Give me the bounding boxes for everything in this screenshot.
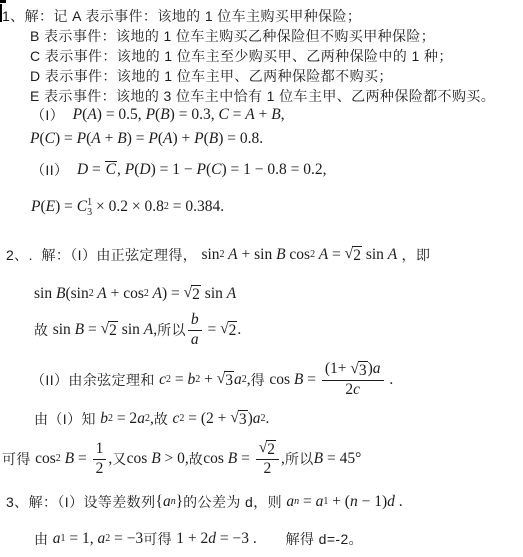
document-line: P(C) = P(A + B) = P(A) + P(B) = 0.8. bbox=[30, 127, 263, 151]
math-run: P(A) = 0.5, P(B) = 0.3, C = A + B, bbox=[73, 106, 285, 124]
math-token: = bbox=[303, 371, 320, 389]
math-run: cos B = (1+ √3)a2c . bbox=[269, 360, 393, 399]
math-token: A bbox=[315, 246, 328, 264]
math-token: A bbox=[227, 285, 236, 303]
math-token: B bbox=[160, 106, 169, 124]
math-token: = 1, bbox=[65, 530, 97, 548]
text-run: 故 bbox=[34, 320, 53, 340]
text-run: 又 bbox=[112, 449, 126, 469]
text-run: D 表示事件：该地的 1 位车主甲、乙两种保险都不购买； bbox=[30, 66, 393, 86]
math-token: + ( bbox=[328, 493, 350, 511]
math-token: 2 bbox=[345, 381, 353, 398]
text-run: ，即 bbox=[397, 245, 430, 265]
math-token: A bbox=[87, 106, 96, 124]
text-run: 2、. 解：（I）由正弦定理得， bbox=[6, 245, 201, 265]
radicand: 3 bbox=[358, 361, 368, 380]
math-token: a bbox=[53, 530, 61, 548]
math-token: P bbox=[146, 106, 155, 124]
math-token: . bbox=[266, 410, 270, 428]
math-token: 2 bbox=[229, 322, 237, 339]
math-token: . bbox=[386, 371, 394, 389]
radicand: 2 bbox=[228, 321, 238, 340]
fraction: 12 bbox=[93, 440, 107, 478]
math-token: P bbox=[148, 130, 157, 148]
math-run: c2 = (2 + √3)a2. bbox=[173, 410, 270, 429]
math-token: a bbox=[137, 410, 145, 428]
math-token: 2 bbox=[353, 247, 361, 264]
document-line: 2、. 解：（I）由正弦定理得， sin2 A + sin B cos2 A =… bbox=[6, 241, 430, 269]
math-token: = bbox=[74, 450, 91, 468]
text-run: C 表示事件：该地的 1 位车主至少购买甲、乙两种保险中的 1 种； bbox=[30, 46, 453, 66]
math-token: B bbox=[276, 246, 285, 264]
text-run: 3、解：（I）设等差数列 bbox=[6, 492, 155, 512]
fraction-numerator: (1+ √3)a bbox=[322, 360, 384, 381]
math-token: + sin bbox=[238, 246, 276, 264]
math-run: cos B = √22, bbox=[203, 439, 285, 478]
text-run: 可得 bbox=[2, 449, 35, 469]
radicand: 2 bbox=[352, 246, 362, 265]
math-token: = bbox=[229, 106, 246, 124]
math-token: ) = 0.3, bbox=[170, 106, 219, 124]
math-token: a bbox=[234, 371, 242, 389]
fraction-numerator: b bbox=[188, 311, 202, 331]
math-token: { bbox=[155, 493, 162, 511]
math-token: cos bbox=[35, 450, 56, 468]
math-token: d bbox=[387, 493, 395, 511]
document-line: 3、解：（I）设等差数列{an}的公差为 d，则 an = a1 + (n − … bbox=[6, 489, 403, 515]
document-line: P(E) = C13 × 0.2 × 0.82 = 0.384. bbox=[31, 193, 224, 221]
math-token: sin bbox=[118, 321, 144, 339]
math-token: P bbox=[197, 161, 206, 179]
math-token: a bbox=[286, 493, 294, 511]
math-token: B bbox=[314, 450, 323, 468]
math-token: d bbox=[208, 530, 216, 548]
math-token: 2 bbox=[192, 286, 200, 303]
fraction-denominator: 2 bbox=[260, 460, 274, 479]
text-run: 1、解：记 A 表示事件：该地的 1 位车主购买甲种保险； bbox=[2, 6, 361, 26]
text-run: 故 bbox=[189, 449, 203, 469]
math-token: C bbox=[211, 161, 221, 179]
math-token: = −3 bbox=[110, 530, 143, 548]
sup-sub-stack: 13 bbox=[87, 198, 92, 219]
math-token: . bbox=[395, 493, 403, 511]
document-line: （II）由余弦定理和 c2 = b2 + √3a2,得 cos B = (1+ … bbox=[31, 356, 393, 404]
math-token: A bbox=[245, 106, 254, 124]
text-run: （II）由余弦定理和 bbox=[31, 370, 159, 390]
math-token: A bbox=[94, 285, 107, 303]
math-token: A bbox=[91, 130, 100, 148]
document-line: 由 a1 = 1, a2 = −3可得 1 + 2d = −3 . 解得 d=-… bbox=[34, 526, 363, 552]
math-token: B bbox=[151, 450, 160, 468]
math-token: 2 bbox=[263, 460, 271, 477]
radicand: 2 bbox=[108, 321, 118, 340]
math-token: > 0, bbox=[161, 450, 189, 468]
math-token: + bbox=[200, 371, 217, 389]
text-run: 故 bbox=[154, 409, 173, 429]
radicand: 3 bbox=[238, 410, 248, 429]
math-token: = bbox=[84, 321, 101, 339]
math-token: c bbox=[173, 410, 180, 428]
text-run: 得 bbox=[251, 370, 270, 390]
sqrt-radical: √3 bbox=[217, 371, 234, 390]
sqrt-radical: √2 bbox=[345, 246, 362, 265]
radicand: 2 bbox=[266, 440, 276, 459]
document-line: B 表示事件：该地的 1 位车主购买乙种保险但不购买甲种保险； bbox=[30, 25, 435, 47]
math-token: B bbox=[294, 371, 303, 389]
math-run: sin2 A + sin B cos2 A = √2 sin A bbox=[201, 246, 397, 265]
overline-term: C bbox=[105, 161, 117, 178]
math-token: ) + bbox=[172, 130, 194, 148]
math-token: ) = 1 − 0.8 = 0.2, bbox=[222, 161, 327, 179]
math-token: = bbox=[88, 161, 105, 179]
document-page: 1、解：记 A 表示事件：该地的 1 位车主购买甲种保险；B 表示事件：该地的 … bbox=[0, 0, 523, 557]
text-run: 可得 bbox=[143, 529, 176, 549]
math-run: cos2 B = 12, bbox=[35, 440, 112, 478]
text-run: 由（I）知 bbox=[34, 409, 100, 429]
math-token: a bbox=[253, 410, 261, 428]
sqrt-radical: √2 bbox=[184, 285, 201, 304]
math-run: P(C) = P(A + B) = P(A) + P(B) = 0.8. bbox=[30, 130, 263, 148]
math-token: A bbox=[388, 246, 397, 264]
math-token: = −3 . bbox=[216, 530, 257, 548]
math-token: ) = bbox=[127, 130, 149, 148]
math-token: cos bbox=[286, 246, 311, 264]
sqrt-radical: √2 bbox=[259, 440, 276, 459]
text-run: B 表示事件：该地的 1 位车主购买乙种保险但不购买甲种保险； bbox=[30, 26, 435, 46]
text-run: （I） bbox=[31, 105, 73, 125]
math-token: 3 bbox=[225, 372, 233, 389]
math-token: = 45° bbox=[323, 450, 361, 468]
math-token: sin bbox=[201, 285, 227, 303]
math-token: (1+ bbox=[325, 360, 351, 377]
radicand: 3 bbox=[224, 371, 234, 390]
document-line: （II） D = C, P(D) = 1 − P(C) = 1 − 0.8 = … bbox=[31, 157, 327, 183]
math-token: b bbox=[187, 371, 195, 389]
math-token: + bbox=[101, 130, 118, 148]
math-token: cos bbox=[127, 450, 152, 468]
fraction: √22 bbox=[256, 439, 279, 478]
math-token: P bbox=[31, 198, 40, 216]
math-token: c bbox=[353, 381, 360, 398]
math-run: cos B > 0, bbox=[127, 450, 189, 468]
math-token: 2 bbox=[96, 460, 104, 477]
sqrt-radical: √3 bbox=[350, 361, 367, 380]
math-token: + cos bbox=[107, 285, 144, 303]
fraction-denominator: 2c bbox=[342, 381, 363, 400]
math-token: , bbox=[117, 161, 125, 179]
math-token: B bbox=[61, 450, 74, 468]
math-run: ba = √2. bbox=[186, 311, 241, 349]
text-run: 解得 d=-2。 bbox=[257, 529, 363, 549]
math-token: B bbox=[209, 130, 218, 148]
math-token: B bbox=[271, 106, 280, 124]
math-run: a1 = 1, a2 = −3 bbox=[53, 530, 143, 548]
sqrt-radical: √3 bbox=[230, 410, 247, 429]
fraction-numerator: √2 bbox=[256, 439, 279, 460]
math-token: A bbox=[149, 285, 162, 303]
superscript: 1 bbox=[87, 198, 92, 209]
text-run: （II） bbox=[31, 160, 77, 180]
document-line: 1、解：记 A 表示事件：该地的 1 位车主购买甲种保险； bbox=[2, 5, 361, 27]
math-token: × 0.2 × 0.8 bbox=[92, 198, 164, 216]
document-line: 由（I）知 b2 = 2a2,故 c2 = (2 + √3)a2. bbox=[34, 406, 269, 432]
math-token: C bbox=[106, 161, 116, 178]
fraction-denominator: 2 bbox=[93, 460, 107, 479]
math-run: {an} bbox=[155, 493, 183, 511]
math-token: P bbox=[77, 130, 86, 148]
radicand: 2 bbox=[191, 285, 201, 304]
math-token: C bbox=[77, 198, 87, 216]
math-token: b bbox=[191, 311, 199, 328]
math-token: (sin bbox=[65, 285, 88, 303]
sqrt-radical: √2 bbox=[220, 321, 237, 340]
fraction: (1+ √3)a2c bbox=[322, 360, 384, 399]
fraction-numerator: 1 bbox=[93, 440, 107, 460]
math-token: P bbox=[194, 130, 203, 148]
math-token: a bbox=[163, 493, 171, 511]
math-token: = bbox=[299, 493, 316, 511]
math-token: c bbox=[159, 371, 166, 389]
math-token: a bbox=[316, 493, 324, 511]
text-run: 所以 bbox=[285, 449, 314, 469]
document-line: C 表示事件：该地的 1 位车主至少购买甲、乙两种保险中的 1 种； bbox=[30, 45, 453, 67]
math-token: A bbox=[225, 246, 238, 264]
math-token: B bbox=[117, 130, 126, 148]
math-token: ) = 0.5, bbox=[97, 106, 146, 124]
math-token: sin bbox=[362, 246, 388, 264]
math-token: P bbox=[73, 106, 82, 124]
math-token: = bbox=[171, 371, 188, 389]
math-token: cos bbox=[269, 371, 294, 389]
math-token: cos bbox=[203, 450, 228, 468]
math-token: ) = bbox=[55, 198, 77, 216]
math-token: = (2 + bbox=[184, 410, 230, 428]
math-run: an = a1 + (n − 1)d . bbox=[286, 493, 402, 511]
math-token: n bbox=[350, 493, 358, 511]
math-token: A bbox=[144, 321, 153, 339]
math-token: . bbox=[237, 321, 241, 339]
document-line: 故 sin B = √2 sin A,所以ba = √2. bbox=[34, 308, 241, 352]
document-line: 可得 cos2 B = 12,又cos B > 0,故cos B = √22,所… bbox=[2, 436, 361, 482]
document-line: sin B(sin2 A + cos2 A) = √2 sin A bbox=[34, 281, 236, 307]
math-token: 1 bbox=[96, 440, 104, 457]
math-token: sin bbox=[34, 285, 56, 303]
math-run: 1 + 2d = −3 . bbox=[176, 530, 256, 548]
math-token: a bbox=[191, 331, 199, 348]
math-run: B = 45° bbox=[314, 450, 362, 468]
math-token: = bbox=[237, 450, 254, 468]
math-token: ) = 1 − bbox=[151, 161, 197, 179]
math-token: = bbox=[328, 246, 345, 264]
math-run: P(E) = C13 × 0.2 × 0.82 = 0.384. bbox=[31, 197, 224, 218]
math-token: C bbox=[218, 106, 228, 124]
math-token: 1 + 2 bbox=[176, 530, 208, 548]
math-token: B bbox=[228, 450, 237, 468]
math-token: a bbox=[97, 530, 105, 548]
math-token: − 1) bbox=[358, 493, 387, 511]
math-token: ) = 0.8. bbox=[218, 130, 263, 148]
text-run: 由 bbox=[34, 529, 53, 549]
math-token: = 0.384. bbox=[169, 198, 224, 216]
math-token: = 2 bbox=[113, 410, 137, 428]
text-run: 所以 bbox=[157, 320, 186, 340]
subscript: 3 bbox=[87, 208, 92, 219]
math-token: b bbox=[100, 410, 108, 428]
math-token: C bbox=[45, 130, 55, 148]
math-token: sin bbox=[201, 246, 219, 264]
math-token: A bbox=[163, 130, 172, 148]
math-token: P bbox=[125, 161, 134, 179]
math-token: B bbox=[75, 321, 84, 339]
sqrt-radical: √2 bbox=[101, 321, 118, 340]
math-token: B bbox=[56, 285, 65, 303]
math-token: 2 bbox=[267, 441, 275, 458]
math-token: 3 bbox=[359, 362, 367, 379]
fraction: ba bbox=[188, 311, 202, 349]
document-line: （I） P(A) = 0.5, P(B) = 0.3, C = A + B, bbox=[31, 103, 285, 127]
math-token: 2 bbox=[109, 322, 117, 339]
math-token: } bbox=[176, 493, 183, 511]
document-line: D 表示事件：该地的 1 位车主甲、乙两种保险都不购买； bbox=[30, 65, 393, 87]
math-token: = bbox=[204, 321, 221, 339]
math-token: + bbox=[255, 106, 272, 124]
math-token: P bbox=[30, 130, 39, 148]
math-token: sin bbox=[53, 321, 75, 339]
math-run: b2 = 2a2, bbox=[100, 410, 154, 428]
page-corner-mark bbox=[0, 0, 6, 3]
math-token: D bbox=[139, 161, 150, 179]
math-token: ) = bbox=[162, 285, 184, 303]
math-token: D bbox=[77, 161, 88, 179]
math-token: E bbox=[46, 198, 55, 216]
math-token: , bbox=[281, 106, 285, 124]
math-token: ) = bbox=[55, 130, 77, 148]
math-run: D = C, P(D) = 1 − P(C) = 1 − 0.8 = 0.2, bbox=[77, 161, 327, 179]
math-token: a bbox=[373, 360, 381, 377]
math-run: sin B = √2 sin A, bbox=[53, 321, 157, 340]
math-token: 3 bbox=[239, 411, 247, 428]
fraction-denominator: a bbox=[188, 331, 202, 350]
text-run: 的公差为 d，则 bbox=[183, 492, 286, 512]
math-run: c2 = b2 + √3a2, bbox=[159, 371, 251, 390]
math-run: sin B(sin2 A + cos2 A) = √2 sin A bbox=[34, 285, 236, 304]
